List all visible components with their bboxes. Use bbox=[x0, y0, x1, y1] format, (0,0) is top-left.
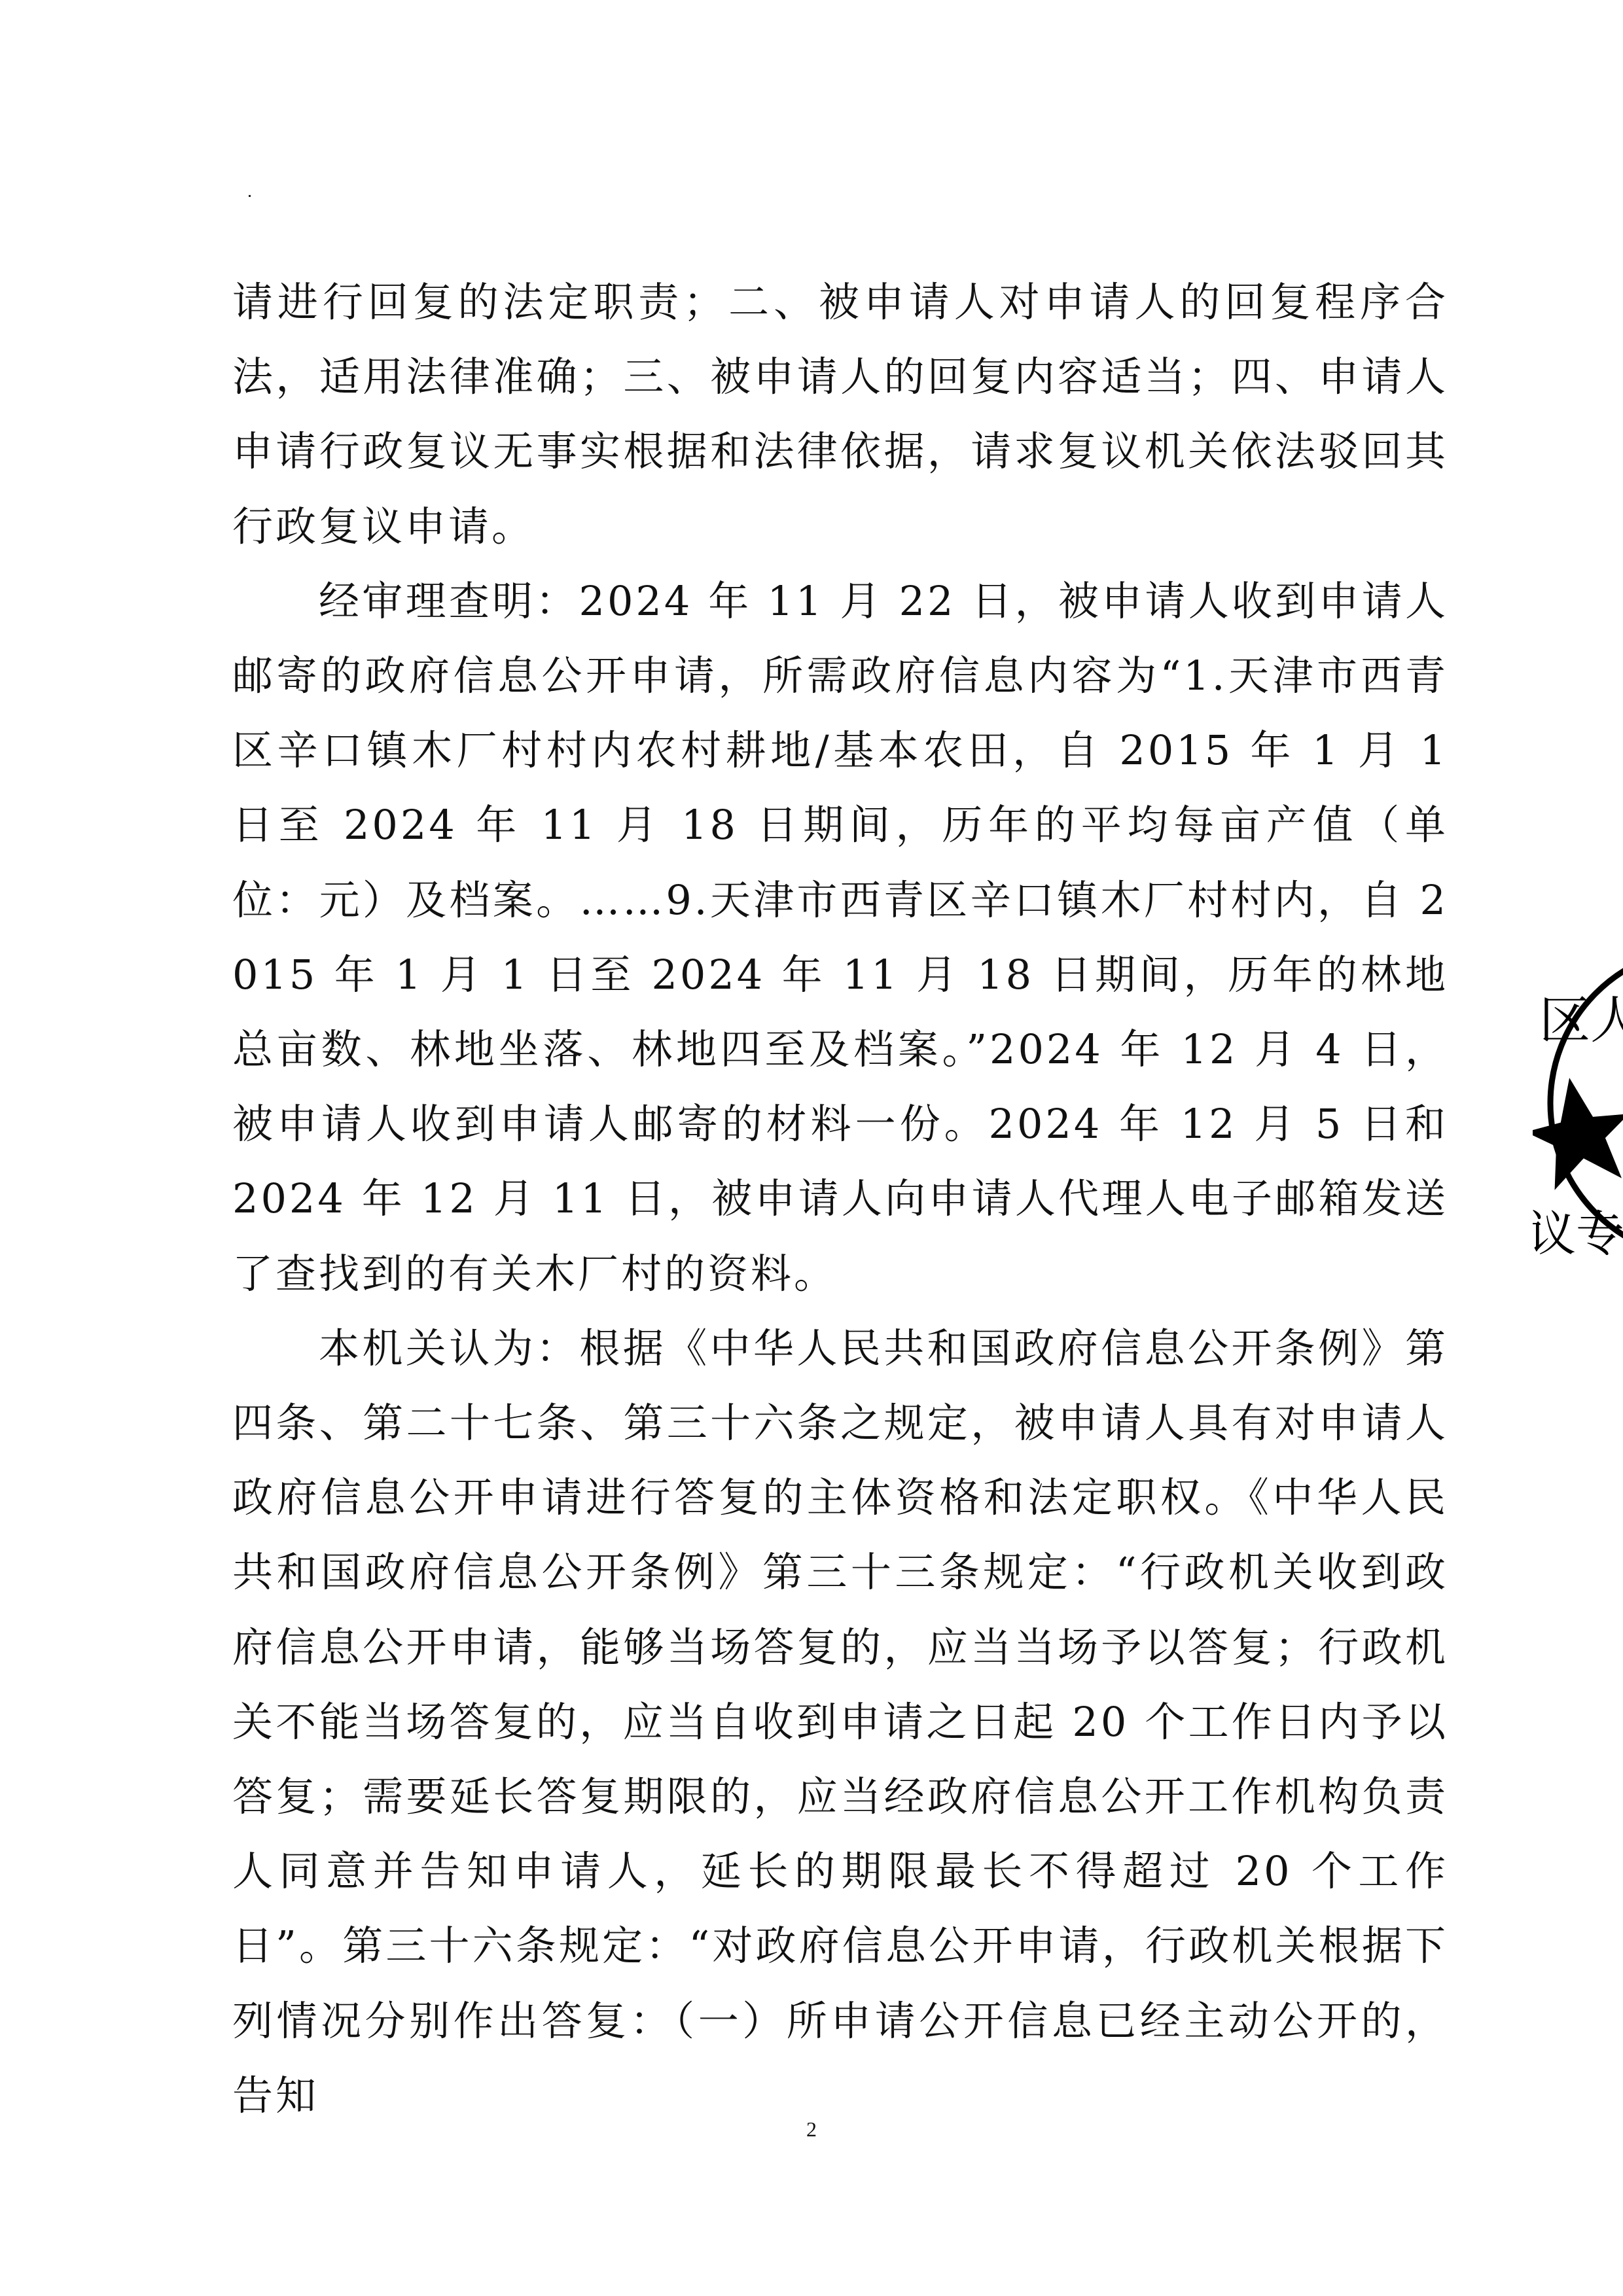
paragraph-findings-of-fact: 经审理查明：2024 年 11 月 22 日，被申请人收到申请人邮寄的政府信息公… bbox=[232, 564, 1448, 1311]
svg-text:区人: 区人 bbox=[1539, 991, 1623, 1050]
document-body: 请进行回复的法定职责；二、被申请人对申请人的回复程序合法，适用法律准确；三、被申… bbox=[232, 265, 1448, 2133]
scan-speck bbox=[249, 195, 251, 197]
svg-text:议专用: 议专用 bbox=[1533, 1206, 1623, 1262]
document-page: 请进行回复的法定职责；二、被申请人对申请人的回复程序合法，适用法律准确；三、被申… bbox=[0, 0, 1623, 2296]
paragraph-respondent-claims: 请进行回复的法定职责；二、被申请人对申请人的回复程序合法，适用法律准确；三、被申… bbox=[232, 265, 1448, 564]
page-number: 2 bbox=[0, 2117, 1623, 2142]
official-seal-icon: 区人 议专用 bbox=[1533, 940, 1623, 1267]
paragraph-agency-opinion: 本机关认为：根据《中华人民共和国政府信息公开条例》第四条、第二十七条、第三十六条… bbox=[232, 1311, 1448, 2133]
